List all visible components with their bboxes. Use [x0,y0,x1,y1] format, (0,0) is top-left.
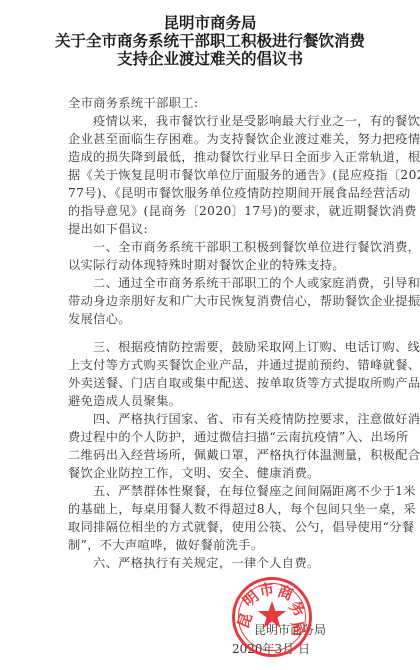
body-line: 制”，不大声喧哗，做好餐前洗手。 [68,536,360,554]
body-line: 取同排隔位相坐的方式就餐，使用公筷、公勺，倡导使用“分餐 [68,518,360,536]
title-line-2: 关于全市商务系统干部职工积极进行餐饮消费 [0,32,420,50]
item-2: 二、通过全市商务系统干部职工的个人或家庭消费，引导和 [93,274,360,292]
item-3: 三、根据疫情防控需要，鼓励采取网上订购、电话订购、线 [93,338,360,356]
body-line: 避免造成人员聚集。 [68,392,360,410]
body-line: 提出如下倡议: [68,220,360,238]
body-line: 带动身边亲朋好友和广大市民恢复消费信心，帮助餐饮企业提振 [68,292,360,310]
body-line: 疫情以来，我市餐饮行业是受影响最大行业之一，有的餐饮 [93,112,360,130]
body-line: 外卖送餐、门店自取或集中配送、按单取货等方式提取所购产品， [68,374,360,392]
title-line-1: 昆明市商务局 [0,14,420,32]
star-icon [257,600,287,630]
salutation: 全市商务系统干部职工: [68,94,360,112]
body-line: 费过程中的个人防护，通过微信扫描“云南抗疫情”入、出场所 [68,428,360,446]
item-4: 四、严格执行国家、省、市有关疫情防控要求，注意做好消 [93,410,360,428]
body-line: 企业甚至面临生存困难。为支持餐饮企业渡过难关，努力把疫情 [68,130,360,148]
title-line-3: 支持企业渡过难关的倡议书 [0,50,420,68]
item-6: 六、严格执行有关规定，一律个人自费。 [93,554,360,572]
body-line: 77号)、《昆明市餐饮服务单位疫情防控期间开展食品经营活动 [68,184,360,202]
seal-char: 市 [257,578,275,601]
body-line: 的指导意见》(昆商务〔2020〕17号)的要求，就近期餐饮消费 [68,202,360,220]
body-line: 发展信心。 [68,310,360,328]
item-5: 五、严禁群体性聚餐，在每位餐座之间间隔距离不少于1米 [93,482,360,500]
body-line: 餐饮企业防控工作，文明、安全、健康消费。 [68,464,360,482]
body-line: 据《关于恢复昆明市餐饮单位厅面服务的通告》(昆应疫指〔2020〕 [68,166,360,184]
body-line: 二维码出入经营场所，佩戴口罩，严格执行体温测量，积极配合 [68,446,360,464]
body-line: 造成的损失降到最低，推动餐饮行业早日全面步入正常轨道，根 [68,148,360,166]
official-seal: 昆 明 市 商 务 局 [232,577,312,657]
body-line: 的基础上，每桌用餐人数不得超过8人，每个包间只坐一桌，采 [68,500,360,518]
body-line: 以实际行动体现特殊时期对餐饮企业的特殊支持。 [68,256,360,274]
body-line: 上支付等方式购买餐饮企业产品，并通过提前预约、错峰就餐、 [68,356,360,374]
item-1: 一、全市商务系统干部职工积极到餐饮单位进行餐饮消费， [93,238,360,256]
